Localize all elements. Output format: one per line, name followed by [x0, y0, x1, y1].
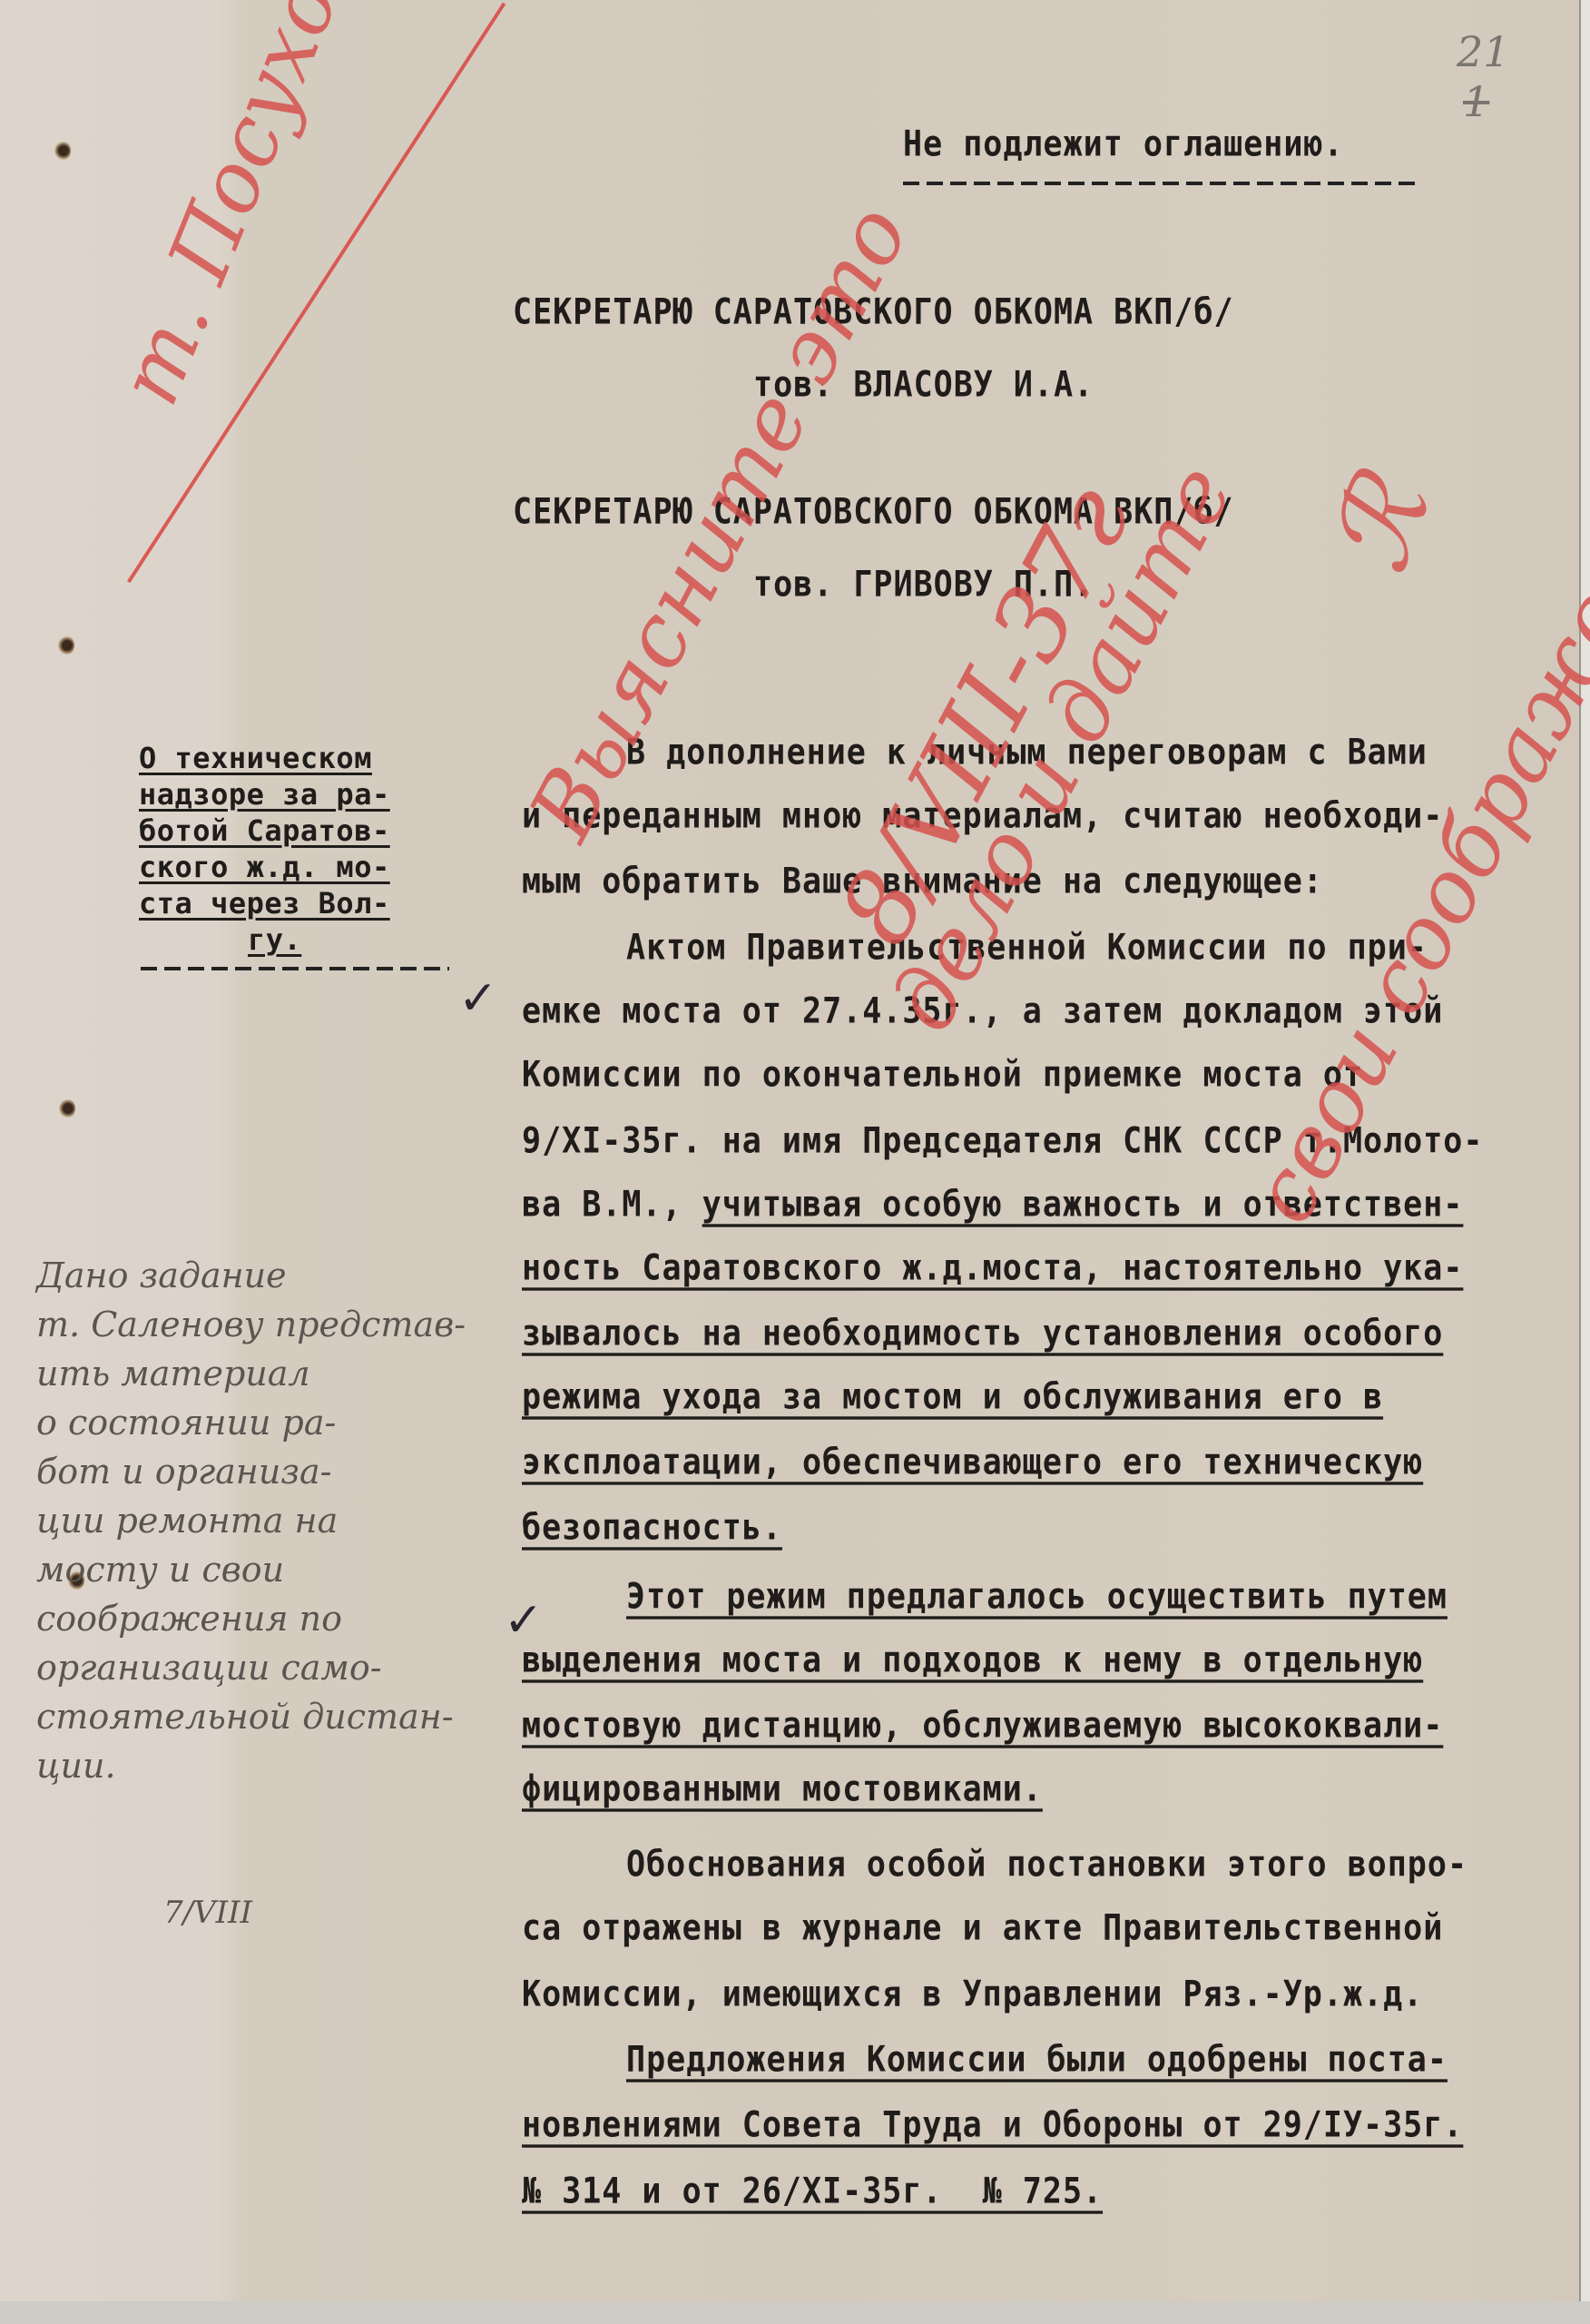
pencil-margin-note: Дано заданиет. Саленову представ-ить мат… — [36, 1153, 466, 1986]
body-line-text: Обоснования особой постановки этого вопр… — [626, 1845, 1467, 1886]
body-line: мостовую дистанцию, обслуживаемую высоко… — [522, 1709, 1443, 1744]
body-line: эксплоатации, обеспечивающего его технич… — [522, 1445, 1423, 1481]
checkmark-icon: ✓ — [458, 971, 498, 1026]
body-line: ность Саратовского ж.д.моста, настоятель… — [522, 1251, 1463, 1286]
pencil-note-line: ции ремонта на — [36, 1496, 466, 1545]
binder-hole — [58, 635, 74, 655]
body-line: Предложения Комиссии были одобрены поста… — [626, 2043, 1448, 2078]
body-line-text: зывалось на необходимость установления о… — [522, 1314, 1443, 1354]
body-line: са отражены в журнале и акте Правительст… — [522, 1911, 1443, 1946]
body-line-text: фицированными мостовиками. — [522, 1769, 1043, 1810]
body-line-text: Этот режим предлагалось осуществить путе… — [626, 1577, 1448, 1618]
body-line-text: эксплоатации, обеспечивающего его технич… — [522, 1443, 1423, 1483]
page-number: 21 — [1457, 27, 1510, 76]
body-line-text: № 314 и от 26/XI-35г. № 725. — [522, 2171, 1103, 2212]
pencil-note-line: Дано задание — [36, 1251, 466, 1300]
pencil-note-line: о состоянии ра- — [36, 1398, 466, 1447]
body-line-text: новлениями Совета Труда и Обороны от 29/… — [522, 2105, 1463, 2146]
body-line: режима ухода за мостом и обслуживания ег… — [522, 1380, 1383, 1415]
body-line: Комиссии, имеющихся в Управлении Ряз.-Ур… — [522, 1977, 1423, 2013]
pencil-note-line: ить материал — [36, 1349, 466, 1398]
body-line: Этот режим предлагалось осуществить путе… — [626, 1580, 1448, 1615]
pencil-note-date: 7/VIII — [36, 1888, 466, 1937]
body-line-text: Предложения Комиссии были одобрены поста… — [626, 2040, 1448, 2081]
pencil-note-line: соображения по — [36, 1594, 466, 1643]
pencil-note-line: организации само- — [36, 1643, 466, 1692]
page-number-original: 1 — [1463, 77, 1489, 126]
body-line: № 314 и от 26/XI-35г. № 725. — [522, 2174, 1103, 2210]
body-line-text: ность Саратовского ж.д.моста, настоятель… — [522, 1248, 1463, 1289]
body-line-text: са отражены в журнале и акте Правительст… — [522, 1908, 1443, 1949]
subject-line: ботой Саратов- — [139, 812, 452, 849]
subject-line: ского ж.д. мо- — [139, 849, 452, 885]
body-line: Обоснования особой постановки этого вопр… — [626, 1847, 1467, 1883]
body-line: выделения моста и подходов к нему в отде… — [522, 1643, 1423, 1679]
subject-line: надзоре за ра- — [139, 776, 452, 812]
subject-line: ста через Вол- — [139, 885, 452, 921]
body-line: фицированными мостовиками. — [522, 1772, 1043, 1807]
body-line-text: режима ухода за мостом и обслуживания ег… — [522, 1377, 1383, 1418]
subject-line: гу. — [139, 921, 452, 958]
pencil-note-line: стоятельной дистан- — [36, 1692, 466, 1741]
body-line-text: безопасность. — [522, 1508, 782, 1549]
body-line-prefix: ва В.М., — [522, 1185, 702, 1226]
subject-divider — [141, 967, 449, 970]
checkmark-icon: ✓ — [504, 1593, 544, 1648]
body-line-text: Комиссии, имеющихся в Управлении Ряз.-Ур… — [522, 1974, 1423, 2015]
pencil-note-line: ции. — [36, 1741, 466, 1790]
binder-hole — [54, 141, 71, 161]
pencil-note-line: мосту и свои — [36, 1545, 466, 1594]
body-line-text: мостовую дистанцию, обслуживаемую высоко… — [522, 1706, 1443, 1747]
body-line: новлениями Совета Труда и Обороны от 29/… — [522, 2108, 1463, 2143]
pencil-note-line: бот и организа- — [36, 1447, 466, 1496]
body-line: безопасность. — [522, 1511, 782, 1546]
next-page-edge — [1579, 0, 1590, 2324]
body-line: зывалось на необходимость установления о… — [522, 1316, 1443, 1352]
body-line-text: выделения моста и подходов к нему в отде… — [522, 1640, 1423, 1681]
subject-block: О техническом надзоре за ра- ботой Сарат… — [139, 740, 452, 958]
scan-bottom-margin — [0, 2301, 1590, 2324]
pencil-note-line: т. Саленову представ- — [36, 1300, 466, 1349]
binder-hole — [59, 1098, 75, 1118]
